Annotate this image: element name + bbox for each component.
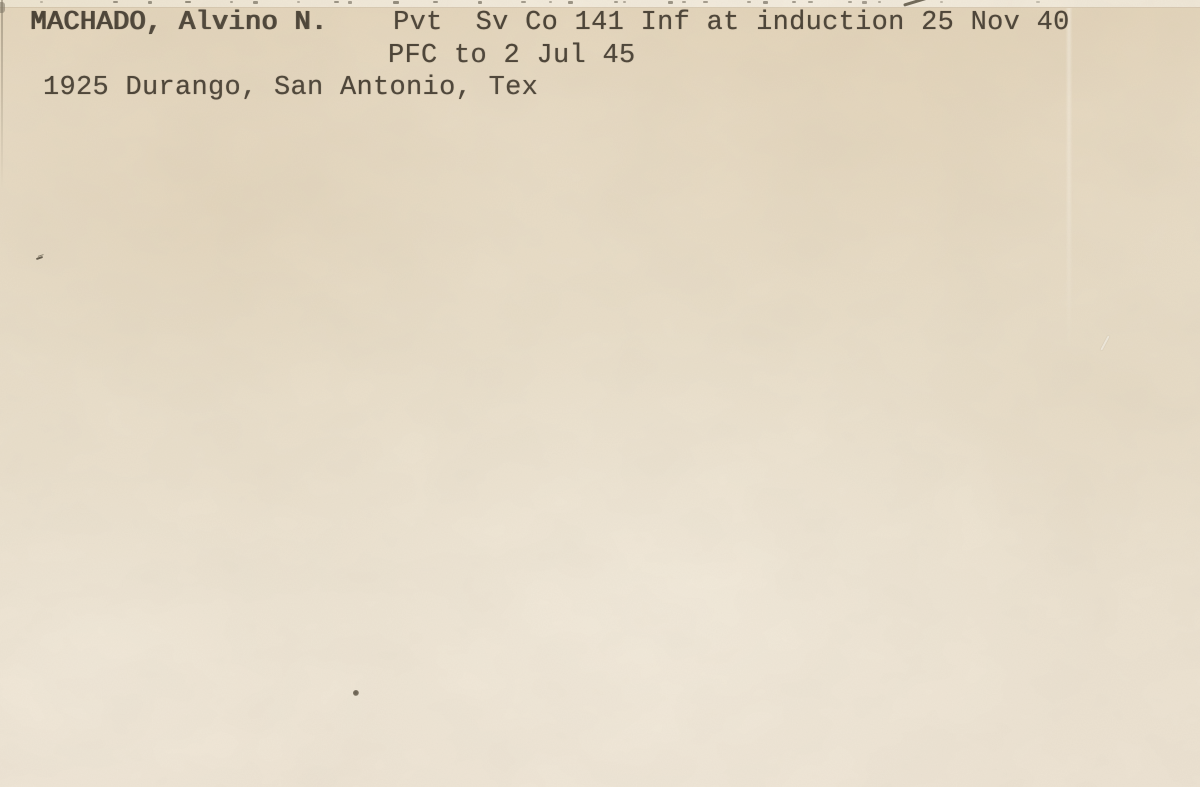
edge-dash-mark bbox=[521, 1, 526, 3]
edge-dash-mark bbox=[568, 1, 573, 4]
edge-dash-mark bbox=[763, 1, 768, 4]
index-card: MACHADO, Alvino N. Pvt Sv Co 141 Inf at … bbox=[0, 0, 1200, 787]
paper-fiber bbox=[1100, 335, 1109, 350]
edge-dash-mark bbox=[668, 1, 673, 4]
promotion-text: PFC to 2 Jul 45 bbox=[388, 40, 636, 73]
edge-dash-mark bbox=[808, 1, 813, 3]
edge-dash-mark bbox=[393, 1, 399, 4]
edge-dash-mark bbox=[614, 1, 618, 3]
edge-dash-mark bbox=[478, 1, 482, 4]
edge-dash-mark bbox=[113, 1, 118, 3]
edge-dash-mark bbox=[433, 1, 438, 3]
edge-dash-mark bbox=[148, 1, 152, 4]
edge-dash-mark bbox=[703, 1, 708, 3]
edge-dash-mark bbox=[348, 1, 352, 4]
record-line-1: MACHADO, Alvino N. Pvt Sv Co 141 Inf at … bbox=[30, 7, 1070, 40]
edge-dash-mark bbox=[185, 1, 191, 3]
ink-speck-left bbox=[36, 256, 43, 260]
soldier-name-text: MACHADO, Alvino N. bbox=[30, 8, 327, 38]
edge-dash-mark bbox=[623, 1, 626, 3]
scan-left-edge-shadow bbox=[1, 0, 3, 190]
edge-dash-mark bbox=[334, 1, 339, 3]
edge-dash-mark bbox=[253, 1, 258, 4]
edge-dash-mark bbox=[40, 1, 43, 3]
paper-crease bbox=[1067, 0, 1071, 360]
edge-dash-mark bbox=[682, 1, 686, 3]
edge-dash-mark bbox=[940, 1, 943, 3]
edge-dash-mark bbox=[878, 1, 881, 3]
edge-dash-mark bbox=[1036, 1, 1040, 3]
edge-dash-mark bbox=[848, 1, 852, 3]
edge-dash-mark bbox=[862, 1, 867, 4]
edge-dash-mark bbox=[549, 1, 552, 3]
edge-dash-mark bbox=[297, 1, 300, 3]
service-record-text: Pvt Sv Co 141 Inf at induction 25 Nov 40 bbox=[327, 8, 1070, 38]
address-text: 1925 Durango, San Antonio, Tex bbox=[43, 72, 538, 105]
corner-smudge bbox=[0, 2, 5, 13]
edge-dash-mark bbox=[230, 1, 233, 3]
ink-speck-bottom bbox=[353, 690, 359, 696]
edge-dash-mark bbox=[792, 1, 796, 3]
paper-grain-texture bbox=[0, 0, 1200, 787]
edge-dash-mark bbox=[747, 1, 751, 3]
